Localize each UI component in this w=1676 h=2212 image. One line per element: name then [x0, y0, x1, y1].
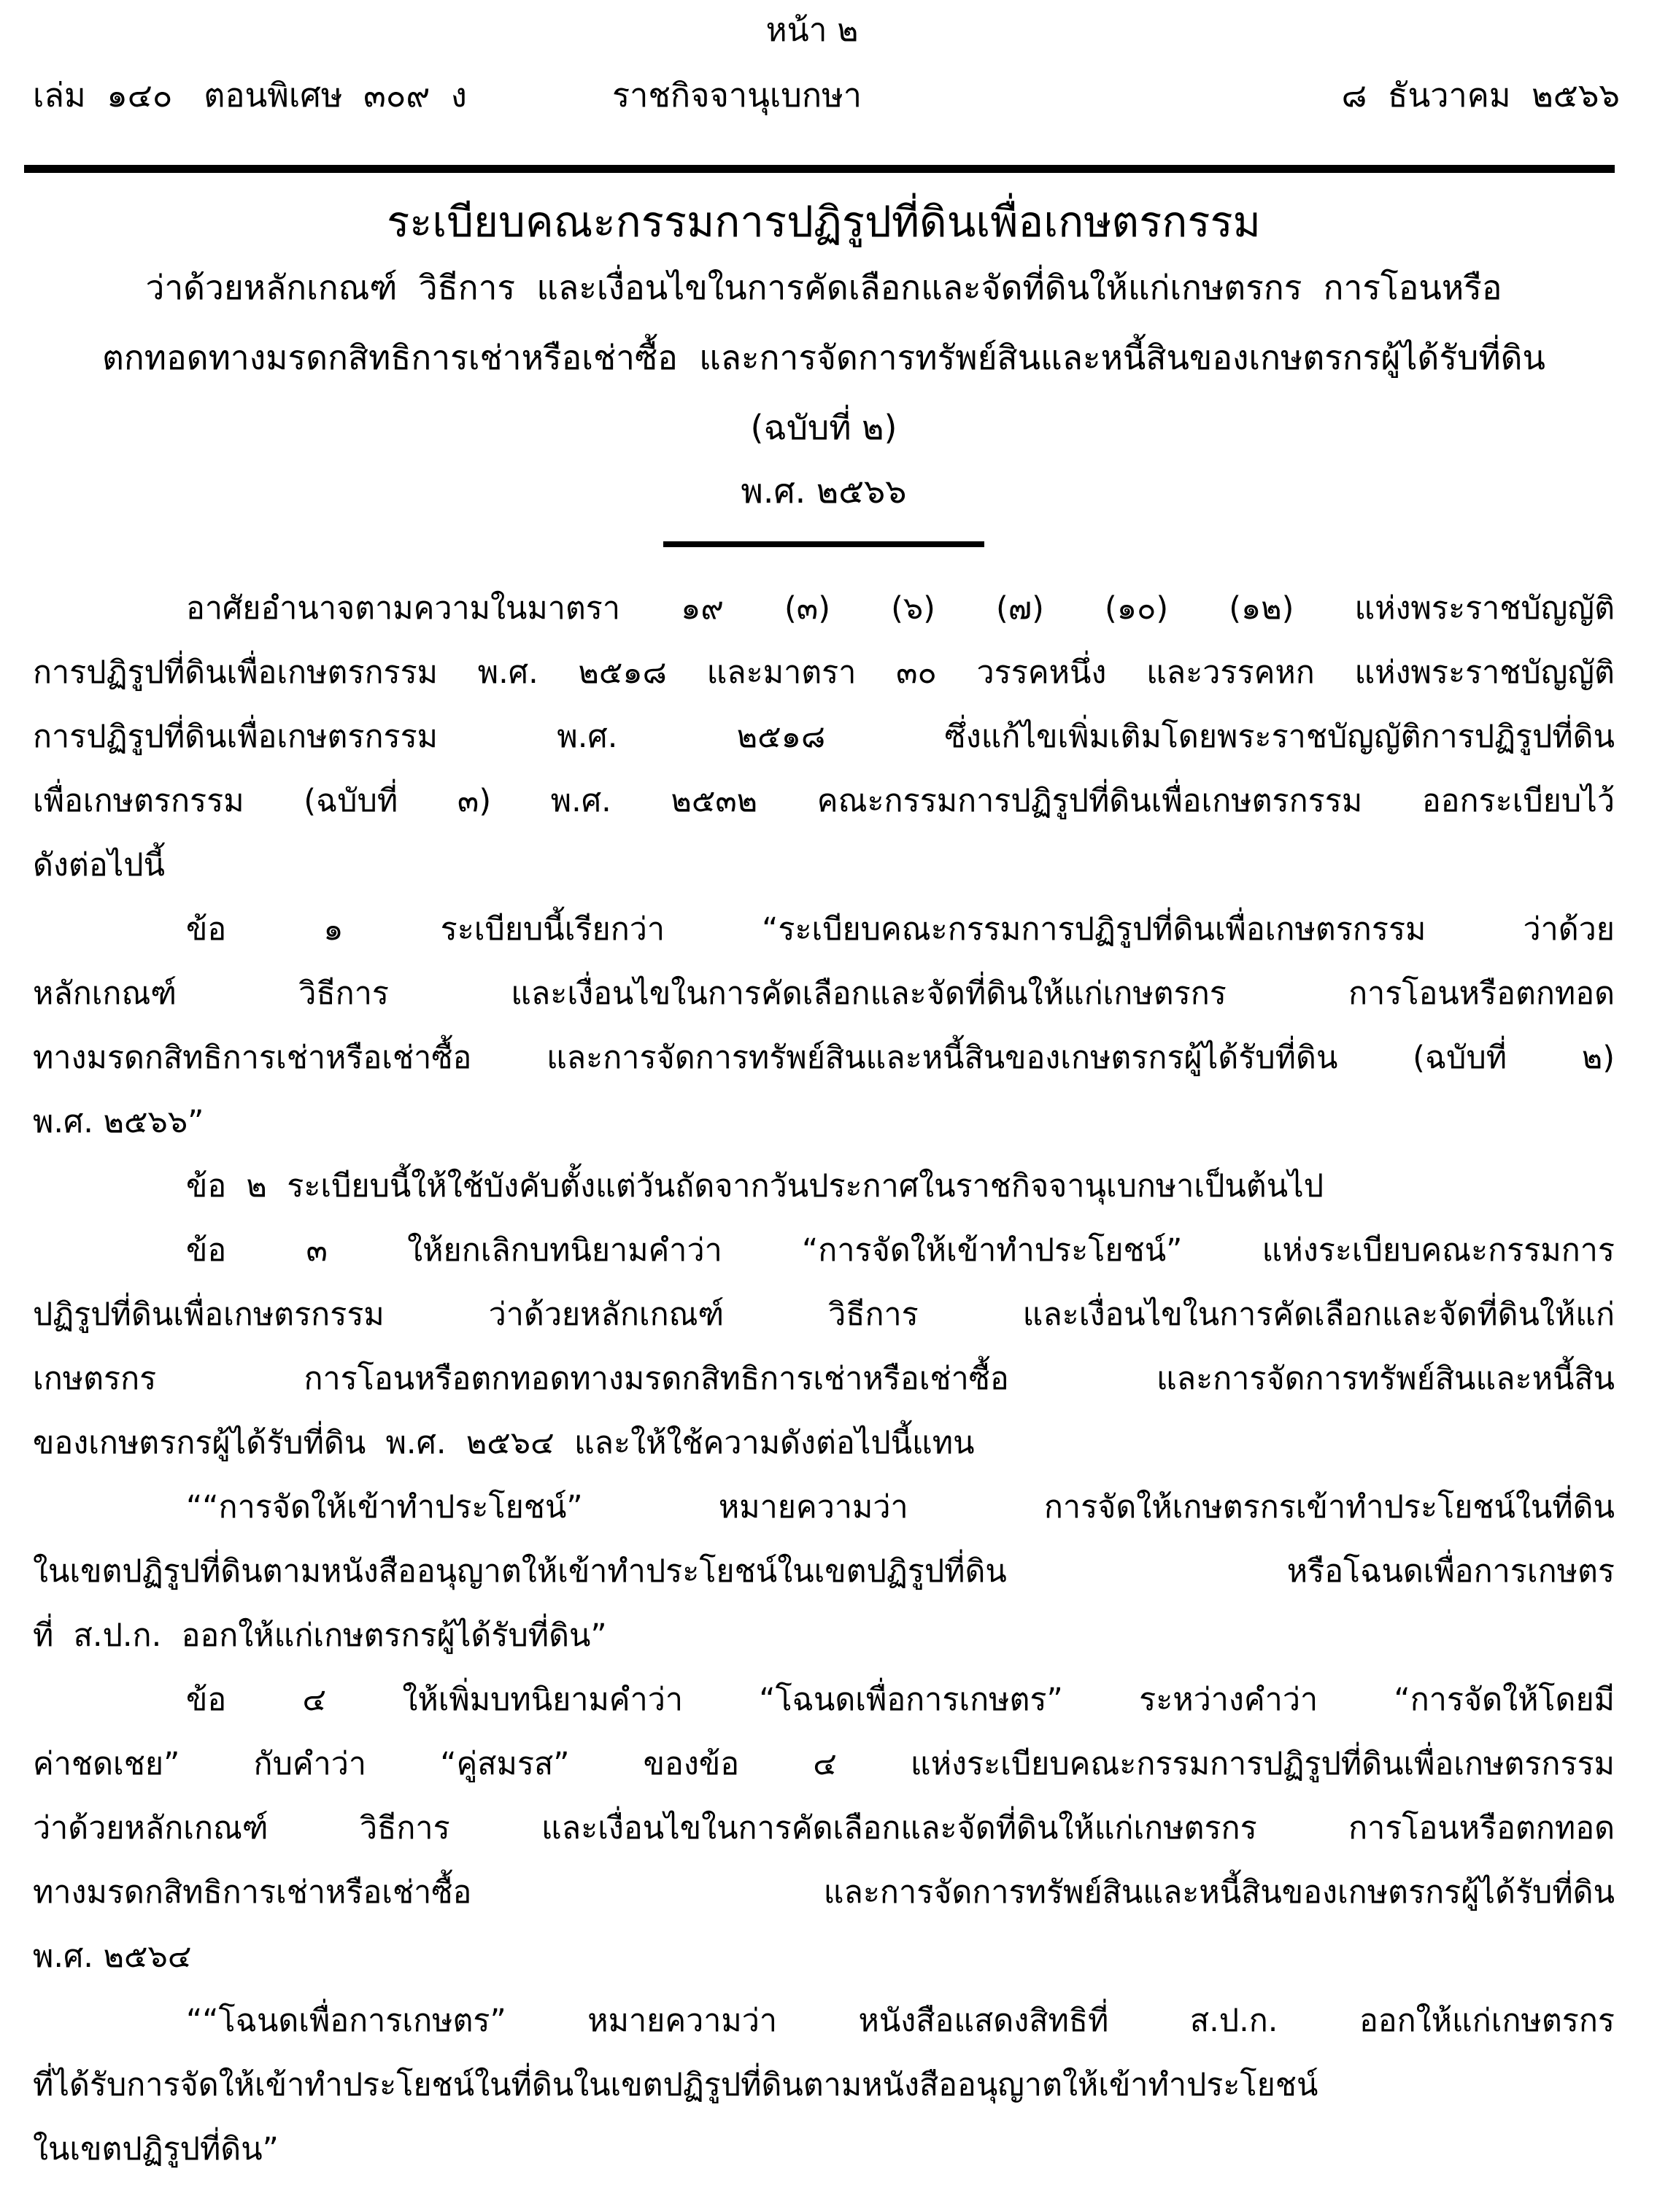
paragraph: อาศัยอำนาจตามความในมาตรา ๑๙ (๓) (๖) (๗) … [33, 576, 1615, 897]
body-line: ปฏิรูปที่ดินเพื่อเกษตรกรรม ว่าด้วยหลักเก… [33, 1283, 1615, 1347]
body-line: หลักเกณฑ์ วิธีการ และเงื่อนไขในการคัดเลื… [33, 962, 1615, 1026]
body-line: พ.ศ. ๒๕๖๖” [33, 1090, 1615, 1154]
body-line: ““โฉนดเพื่อการเกษตร” หมายความว่า หนังสือ… [33, 1989, 1615, 2053]
body-line: พ.ศ. ๒๕๖๔ [33, 1925, 1615, 1989]
body-line: เพื่อเกษตรกรรม (ฉบับที่ ๓) พ.ศ. ๒๕๓๒ คณะ… [33, 769, 1615, 833]
body-line: ข้อ ๓ ให้ยกเลิกบทนิยามคำว่า “การจัดให้เข… [33, 1218, 1615, 1283]
body-line: ของเกษตรกรผู้ได้รับที่ดิน พ.ศ. ๒๕๖๔ และใ… [33, 1411, 1615, 1475]
body-line: ค่าชดเชย” กับคำว่า “คู่สมรส” ของข้อ ๔ แห… [33, 1732, 1615, 1796]
body-line: ข้อ ๑ ระเบียบนี้เรียกว่า “ระเบียบคณะกรรม… [33, 897, 1615, 962]
title-block: ระเบียบคณะกรรมการปฏิรูปที่ดินเพื่อเกษตรก… [33, 191, 1615, 547]
paragraph: ““การจัดให้เข้าทำประโยชน์” หมายความว่า ก… [33, 1475, 1615, 1668]
paragraph: ข้อ ๒ ระเบียบนี้ให้ใช้บังคับตั้งแต่วันถั… [33, 1154, 1615, 1218]
paragraph: ข้อ ๑ ระเบียบนี้เรียกว่า “ระเบียบคณะกรรม… [33, 897, 1615, 1154]
body-line: ทางมรดกสิทธิการเช่าหรือเช่าซื้อ และการจั… [33, 1860, 1615, 1925]
document-body: อาศัยอำนาจตามความในมาตรา ๑๙ (๓) (๖) (๗) … [33, 576, 1615, 2181]
body-line: ข้อ ๔ ให้เพิ่มบทนิยามคำว่า “โฉนดเพื่อการ… [33, 1668, 1615, 1732]
body-line: เกษตรกร การโอนหรือตกทอดทางมรดกสิทธิการเช… [33, 1347, 1615, 1411]
document-subtitle-line-2: ตกทอดทางมรดกสิทธิการเช่าหรือเช่าซื้อ และ… [33, 322, 1615, 392]
header-volume-issue: เล่ม ๑๔๐ ตอนพิเศษ ๓๐๙ ง [33, 73, 467, 118]
body-line: ที่ได้รับการจัดให้เข้าทำประโยชน์ในที่ดิน… [33, 2053, 1615, 2117]
body-line: การปฏิรูปที่ดินเพื่อเกษตรกรรม พ.ศ. ๒๕๑๘ … [33, 705, 1615, 769]
body-line: ดังต่อไปนี้ [33, 833, 1615, 897]
gazette-page: หน้า ๒ เล่ม ๑๔๐ ตอนพิเศษ ๓๐๙ ง ราชกิจจาน… [0, 0, 1676, 2212]
body-line: ที่ ส.ป.ก. ออกให้แก่เกษตรกรผู้ได้รับที่ด… [33, 1604, 1615, 1668]
body-line: ““การจัดให้เข้าทำประโยชน์” หมายความว่า ก… [33, 1475, 1615, 1539]
body-line: ว่าด้วยหลักเกณฑ์ วิธีการ และเงื่อนไขในกา… [33, 1796, 1615, 1860]
body-line: ในเขตปฏิรูปที่ดินตามหนังสืออนุญาตให้เข้า… [33, 1539, 1615, 1604]
document-year: พ.ศ. ๒๕๖๖ [33, 463, 1615, 519]
title-divider-rule [663, 541, 984, 547]
header-gazette-name: ราชกิจจานุเบกษา [612, 73, 862, 118]
header-rule [24, 165, 1615, 173]
paragraph: ข้อ ๓ ให้ยกเลิกบทนิยามคำว่า “การจัดให้เข… [33, 1218, 1615, 1475]
body-line: ทางมรดกสิทธิการเช่าหรือเช่าซื้อ และการจั… [33, 1026, 1615, 1090]
body-line: การปฏิรูปที่ดินเพื่อเกษตรกรรม พ.ศ. ๒๕๑๘ … [33, 641, 1615, 705]
paragraph: ข้อ ๔ ให้เพิ่มบทนิยามคำว่า “โฉนดเพื่อการ… [33, 1668, 1615, 1989]
paragraph: ““โฉนดเพื่อการเกษตร” หมายความว่า หนังสือ… [33, 1989, 1615, 2181]
body-line: ในเขตปฏิรูปที่ดิน” [33, 2117, 1615, 2181]
body-line: ข้อ ๒ ระเบียบนี้ให้ใช้บังคับตั้งแต่วันถั… [33, 1154, 1615, 1218]
body-line: อาศัยอำนาจตามความในมาตรา ๑๙ (๓) (๖) (๗) … [33, 576, 1615, 641]
page-number-label: หน้า ๒ [766, 9, 859, 53]
document-edition: (ฉบับที่ ๒) [33, 392, 1615, 463]
document-subtitle-line-1: ว่าด้วยหลักเกณฑ์ วิธีการ และเงื่อนไขในกา… [33, 252, 1615, 322]
document-title: ระเบียบคณะกรรมการปฏิรูปที่ดินเพื่อเกษตรก… [33, 191, 1615, 252]
header-date: ๘ ธันวาคม ๒๕๖๖ [1342, 73, 1620, 118]
